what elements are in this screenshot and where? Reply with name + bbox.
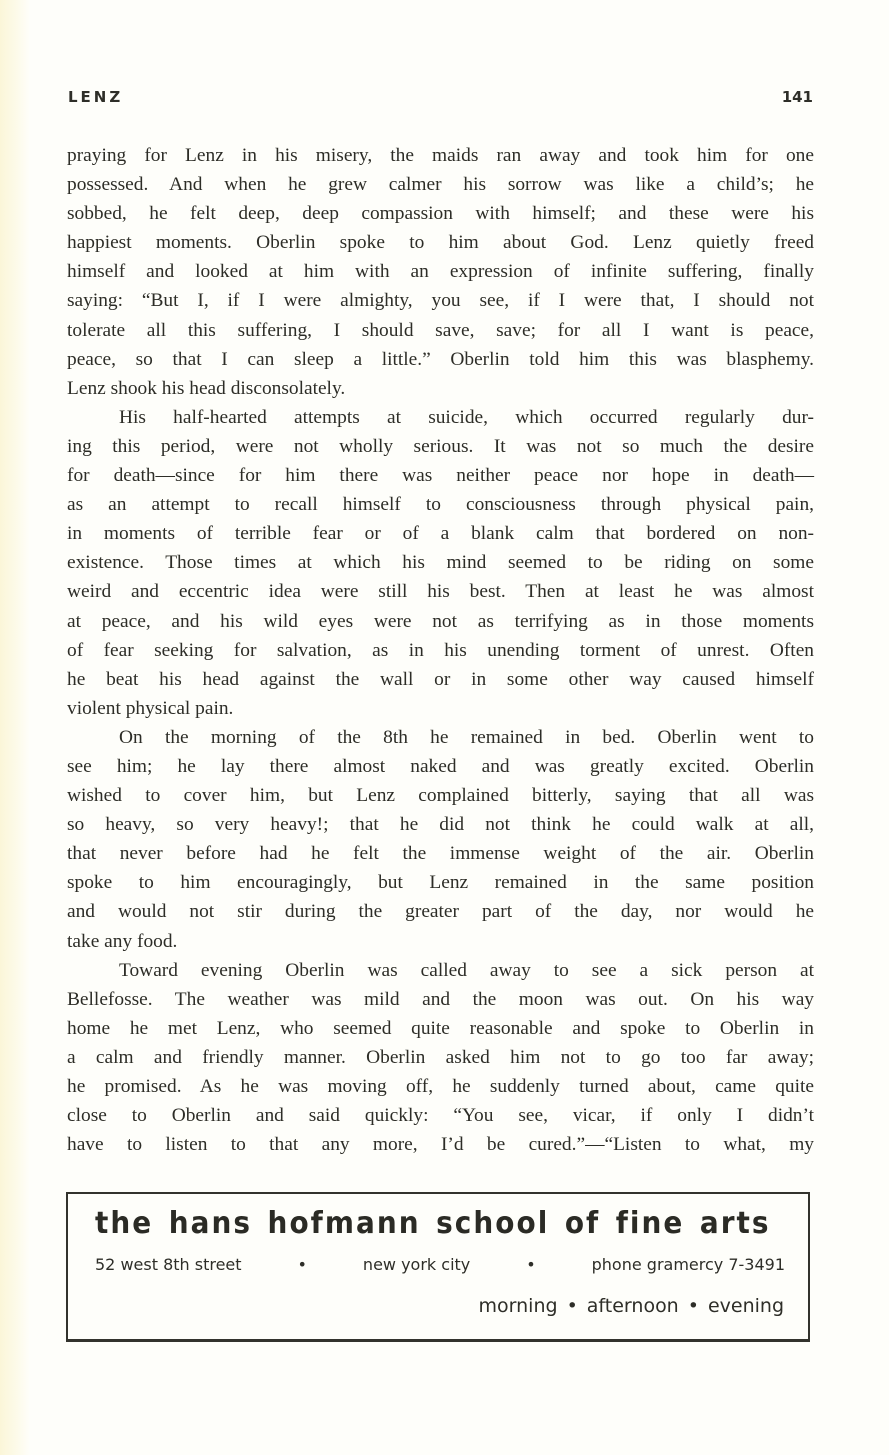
text-line: saying: “But I, if I were almighty, you … bbox=[67, 286, 814, 315]
text-line: peace, so that I can sleep a little.” Ob… bbox=[67, 345, 814, 374]
text-line: that never before had he felt the immens… bbox=[67, 839, 814, 868]
text-line: see him; he lay there almost naked and w… bbox=[67, 752, 814, 781]
text-line: ing this period, were not wholly serious… bbox=[67, 432, 814, 461]
ad-phone: phone gramercy 7-3491 bbox=[592, 1255, 785, 1274]
ad-hours-morning: morning bbox=[479, 1295, 558, 1317]
ad-address-line: 52 west 8th street • new york city • pho… bbox=[95, 1255, 785, 1274]
bullet-separator-icon: • bbox=[526, 1255, 535, 1274]
text-line: at peace, and his wild eyes were not as … bbox=[67, 607, 814, 636]
text-line: praying for Lenz in his misery, the maid… bbox=[67, 141, 814, 170]
ad-hours-afternoon: afternoon bbox=[587, 1295, 679, 1317]
body-text: praying for Lenz in his misery, the maid… bbox=[67, 141, 814, 1159]
text-line: Bellefosse. The weather was mild and the… bbox=[67, 985, 814, 1014]
text-line: as an attempt to recall himself to consc… bbox=[67, 490, 814, 519]
text-line: Lenz shook his head disconsolately. bbox=[67, 374, 814, 403]
ad-hours-evening: evening bbox=[708, 1295, 784, 1317]
text-line: of fear seeking for salvation, as in his… bbox=[67, 636, 814, 665]
text-line: violent physical pain. bbox=[67, 694, 814, 723]
advertisement-box: the hans hofmann school of fine arts 52 … bbox=[66, 1192, 810, 1342]
text-line: sobbed, he felt deep, deep compassion wi… bbox=[67, 199, 814, 228]
ad-hours-line: morning•afternoon•evening bbox=[479, 1295, 784, 1317]
running-title: LENZ bbox=[68, 88, 123, 106]
text-line: home he met Lenz, who seemed quite reaso… bbox=[67, 1014, 814, 1043]
text-line: so heavy, so very heavy!; that he did no… bbox=[67, 810, 814, 839]
bullet-separator-icon: • bbox=[558, 1295, 587, 1317]
ad-title: the hans hofmann school of fine arts bbox=[95, 1206, 739, 1241]
running-head: LENZ 141 bbox=[68, 88, 813, 112]
paragraph-start: His half-hearted attempts at suicide, wh… bbox=[67, 403, 814, 432]
text-line: for death—since for him there was neithe… bbox=[67, 461, 814, 490]
bullet-separator-icon: • bbox=[679, 1295, 708, 1317]
page-number: 141 bbox=[782, 88, 813, 106]
text-line: in moments of terrible fear or of a blan… bbox=[67, 519, 814, 548]
text-line: wished to cover him, but Lenz complained… bbox=[67, 781, 814, 810]
paragraph-start: On the morning of the 8th he remained in… bbox=[67, 723, 814, 752]
page-edge-shading bbox=[0, 0, 30, 1455]
text-line: possessed. And when he grew calmer his s… bbox=[67, 170, 814, 199]
text-line: he beat his head against the wall or in … bbox=[67, 665, 814, 694]
text-line: happiest moments. Oberlin spoke to him a… bbox=[67, 228, 814, 257]
text-line: existence. Those times at which his mind… bbox=[67, 548, 814, 577]
text-line: a calm and friendly manner. Oberlin aske… bbox=[67, 1043, 814, 1072]
text-line: himself and looked at him with an expres… bbox=[67, 257, 814, 286]
text-line: and would not stir during the greater pa… bbox=[67, 897, 814, 926]
text-line: tolerate all this suffering, I should sa… bbox=[67, 316, 814, 345]
paragraph-start: Toward evening Oberlin was called away t… bbox=[67, 956, 814, 985]
text-line: close to Oberlin and said quickly: “You … bbox=[67, 1101, 814, 1130]
text-line: he promised. As he was moving off, he su… bbox=[67, 1072, 814, 1101]
text-line: take any food. bbox=[67, 927, 814, 956]
text-line: spoke to him encouragingly, but Lenz rem… bbox=[67, 868, 814, 897]
ad-city: new york city bbox=[363, 1255, 470, 1274]
bullet-separator-icon: • bbox=[298, 1255, 307, 1274]
text-line: have to listen to that any more, I’d be … bbox=[67, 1130, 814, 1159]
ad-street: 52 west 8th street bbox=[95, 1255, 242, 1274]
text-line: weird and eccentric idea were still his … bbox=[67, 577, 814, 606]
